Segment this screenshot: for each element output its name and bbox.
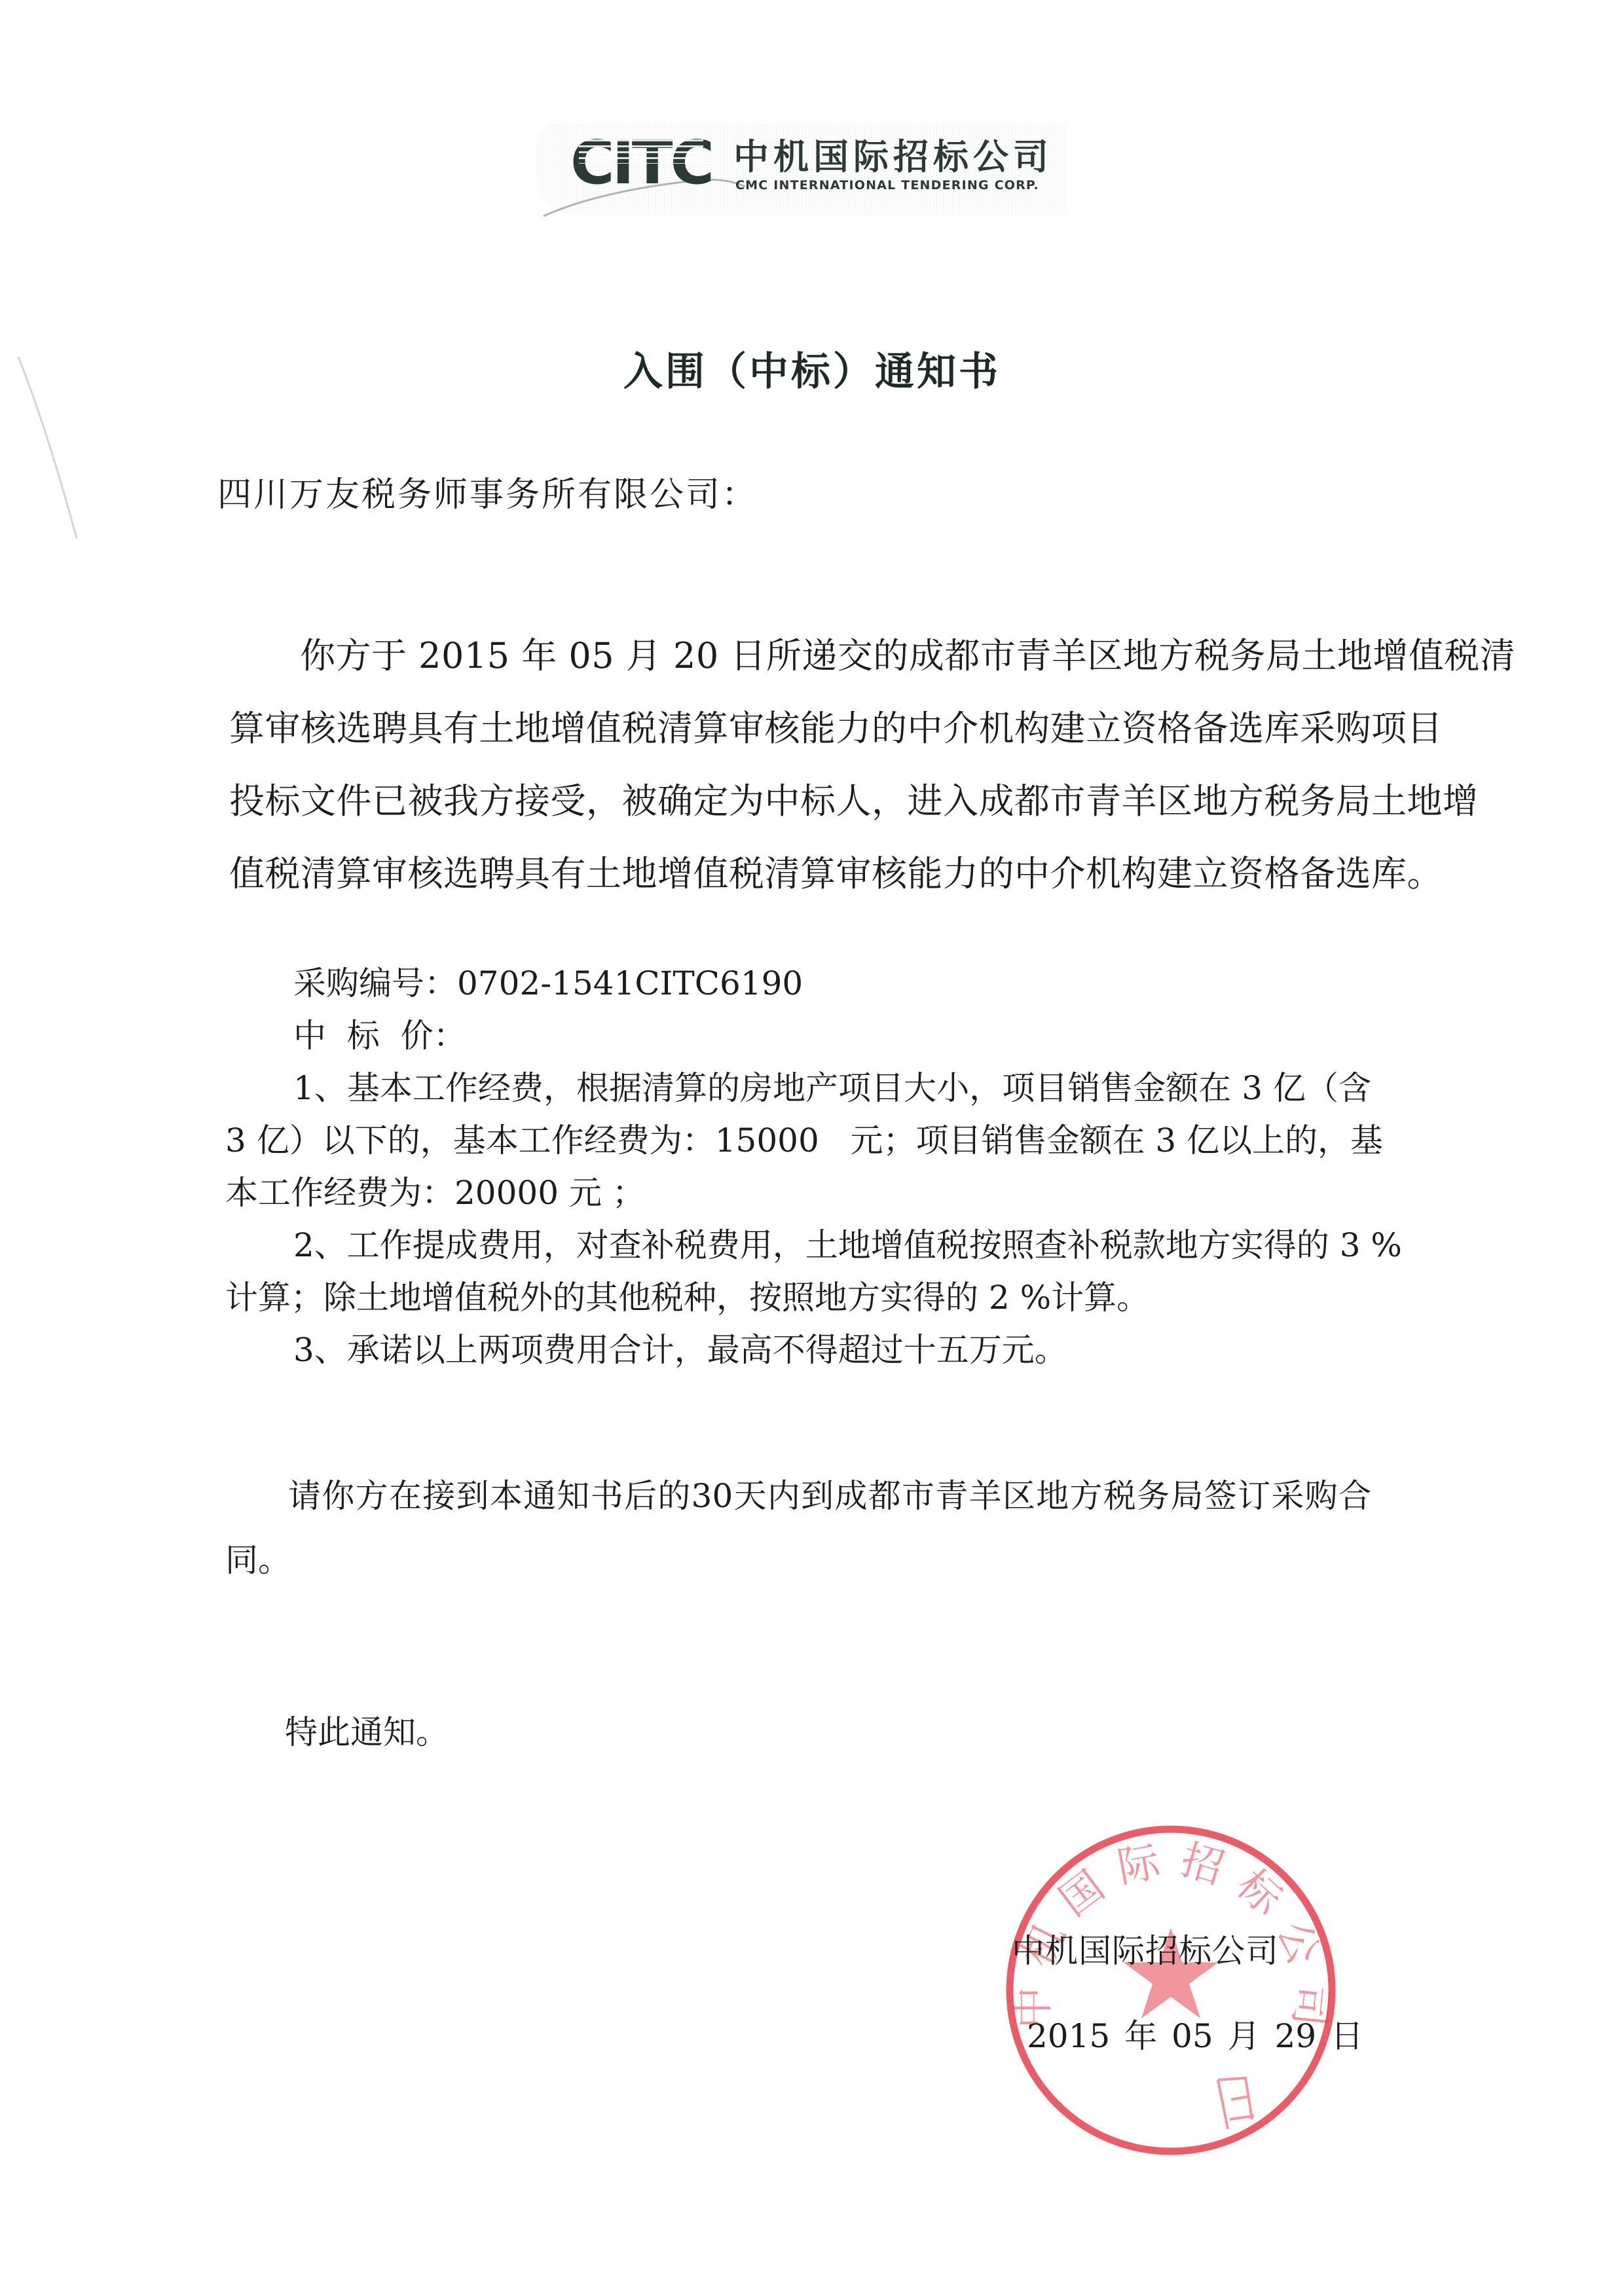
term-1-line: 本工作经费为：20000 元 ； xyxy=(225,1167,1371,1219)
recipient-salutation: 四川万友税务师事务所有限公司： xyxy=(217,475,758,515)
body-line: 你方于 2015 年 05 月 20 日所递交的成都市青羊区地方税务局土地增值税… xyxy=(229,619,1372,692)
signature-company: 中机国际招标公司 xyxy=(1012,1931,1279,1971)
letterhead-company-name-en: CMC INTERNATIONAL TENDERING CORP. xyxy=(735,178,1039,192)
logo-stripes-decoration xyxy=(579,134,703,164)
term-2-line: 2、工作提成费用，对查补税费用，土地增值税按照查补税款地方实得的 3 % xyxy=(225,1219,1371,1271)
bid-price-label: 中 标 价： xyxy=(225,1010,1371,1062)
term-1-line: 3 亿）以下的，基本工作经费为：15000 元；项目销售金额在 3 亿以上的，基 xyxy=(225,1114,1371,1167)
company-seal-stamp: 中机国际招标公司 ★ xyxy=(1002,1821,1340,2159)
seal-bottom-mark xyxy=(1218,2078,1254,2129)
term-1-line: 1、基本工作经费，根据清算的房地产项目大小，项目销售金额在 3 亿（含 xyxy=(225,1062,1371,1114)
terms-section: 采购编号：0702-1541CITC6190 中 标 价： 1、基本工作经费，根… xyxy=(225,957,1371,1376)
letterhead-company-name-cn: 中机国际招标公司 xyxy=(733,137,1053,177)
closing-line: 同。 xyxy=(225,1528,1371,1592)
body-line: 算审核选聘具有土地增值税清算审核能力的中介机构建立资格备选库采购项目 xyxy=(229,692,1372,765)
document-title: 入围（中标）通知书 xyxy=(0,346,1624,398)
term-2-line: 计算；除土地增值税外的其他税种，按照地方实得的 2 %计算。 xyxy=(225,1271,1371,1324)
notice-text: 特此通知。 xyxy=(285,1713,449,1752)
body-line: 投标文件已被我方接受，被确定为中标人，进入成都市青羊区地方税务局土地增 xyxy=(229,765,1372,837)
procurement-number-value: 0702-1541CITC6190 xyxy=(457,964,803,1002)
body-paragraph: 你方于 2015 年 05 月 20 日所递交的成都市青羊区地方税务局土地增值税… xyxy=(229,619,1372,910)
signature-date: 2015 年 05 月 29 日 xyxy=(1027,2016,1363,2056)
procurement-number-row: 采购编号：0702-1541CITC6190 xyxy=(225,957,1371,1010)
closing-line: 请你方在接到本通知书后的30天内到成都市青羊区地方税务局签订采购合 xyxy=(225,1464,1371,1528)
term-3-line: 3、承诺以上两项费用合计，最高不得超过十五万元。 xyxy=(225,1324,1371,1376)
closing-paragraph: 请你方在接到本通知书后的30天内到成都市青羊区地方税务局签订采购合 同。 xyxy=(225,1464,1371,1592)
body-line: 值税清算审核选聘具有土地增值税清算审核能力的中介机构建立资格备选库。 xyxy=(229,837,1372,910)
procurement-number-label: 采购编号： xyxy=(293,964,457,1002)
